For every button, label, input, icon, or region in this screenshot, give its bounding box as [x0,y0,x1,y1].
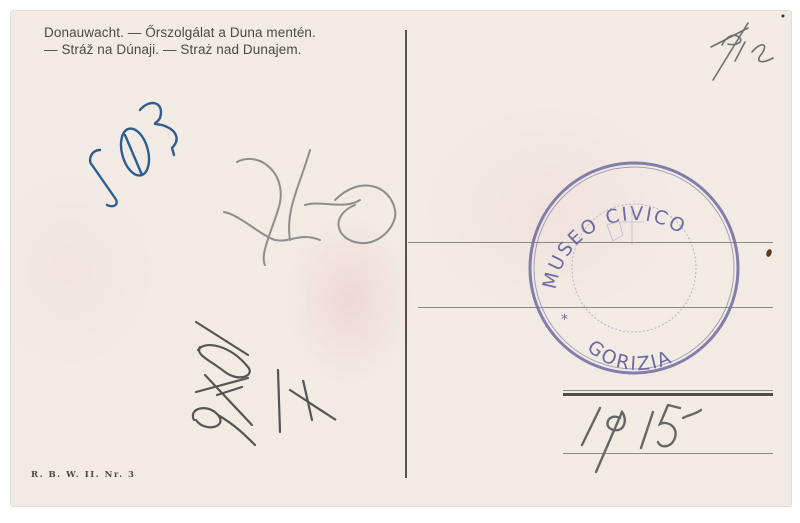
stain-spot [765,248,772,257]
pencil-signature [224,150,395,265]
museum-stamp: MUSEO CIVICO GORIZIA * [530,163,738,375]
annotations-layer: MUSEO CIVICO GORIZIA * [0,0,800,523]
ink-dot [782,15,785,18]
pencil-mark-top-right [711,23,773,80]
pencil-year [582,405,701,472]
pencil-rotated-number [193,322,336,445]
stamp-top-text: MUSEO CIVICO [539,203,691,291]
blue-ink-number [90,103,177,206]
stamp-separator: * [561,312,570,328]
stamp-bottom-text: GORIZIA [583,336,676,375]
